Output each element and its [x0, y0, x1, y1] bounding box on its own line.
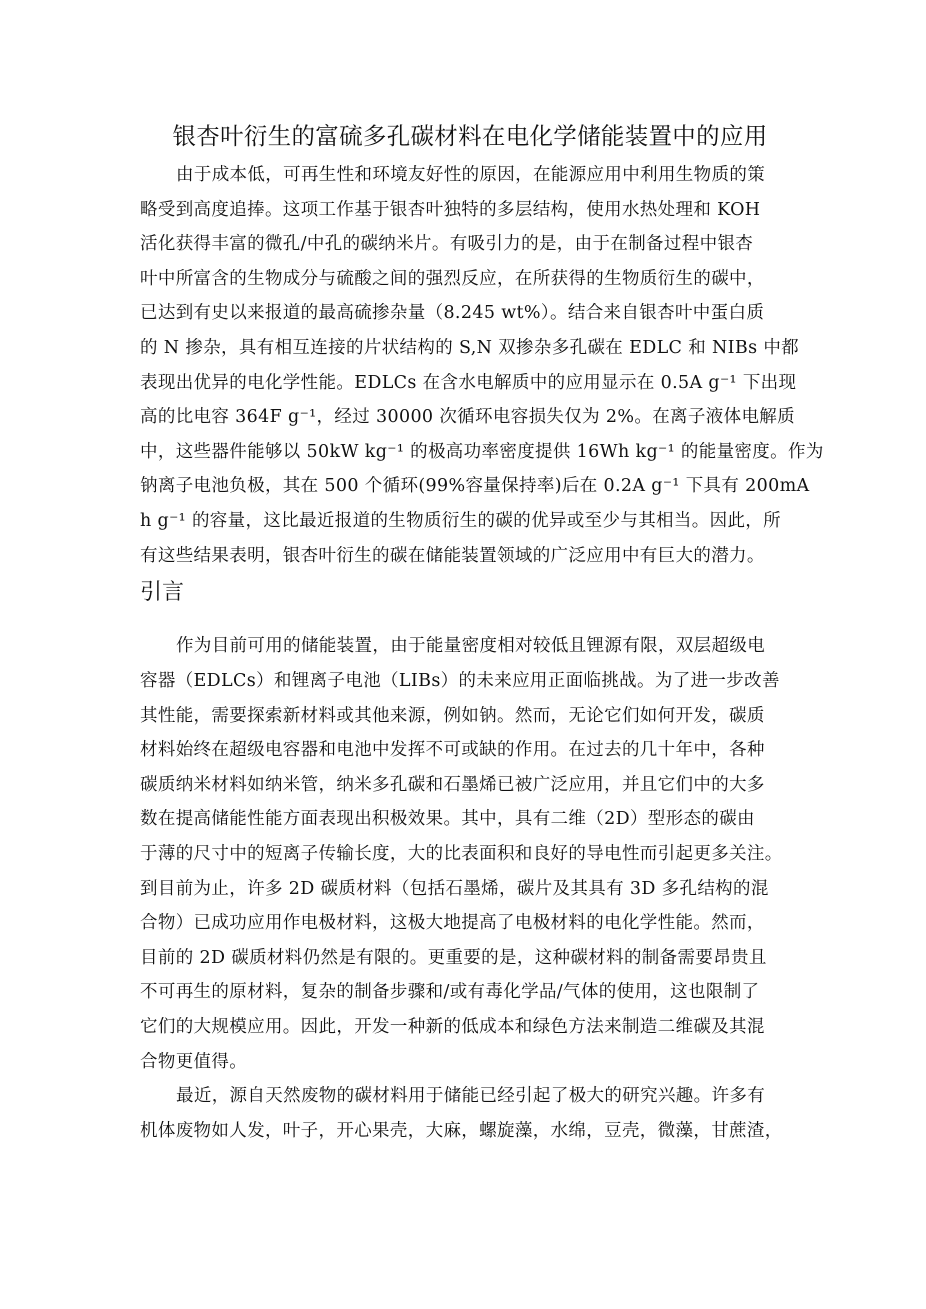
abstract-line: 略受到高度追捧。这项工作基于银杏叶独特的多层结构，使用水热处理和 KOH: [140, 193, 800, 228]
abstract-line: 表现出优异的电化学性能。EDLCs 在含水电解质中的应用显示在 0.5A g⁻¹…: [140, 366, 800, 401]
document-title: 银杏叶衍生的富硫多孔碳材料在电化学储能装置中的应用: [140, 118, 800, 154]
abstract-line: 的 N 掺杂，具有相互连接的片状结构的 S,N 双掺杂多孔碳在 EDLC 和 N…: [140, 331, 800, 366]
intro-line: 最近，源自天然废物的碳材料用于储能已经引起了极大的研究兴趣。许多有: [140, 1079, 800, 1114]
abstract-line: 由于成本低，可再生性和环境友好性的原因，在能源应用中利用生物质的策: [140, 158, 800, 193]
intro-line: 到目前为止，许多 2D 碳质材料（包括石墨烯，碳片及其具有 3D 多孔结构的混: [140, 872, 800, 907]
section-heading-introduction: 引言: [140, 575, 800, 611]
intro-line: 合物）已成功应用作电极材料，这极大地提高了电极材料的电化学性能。然而，: [140, 906, 800, 941]
intro-paragraph-2: 最近，源自天然废物的碳材料用于储能已经引起了极大的研究兴趣。许多有 机体废物如人…: [140, 1079, 800, 1148]
document-page: 银杏叶衍生的富硫多孔碳材料在电化学储能装置中的应用 由于成本低，可再生性和环境友…: [140, 118, 800, 1148]
intro-line: 材料始终在超级电容器和电池中发挥不可或缺的作用。在过去的几十年中，各种: [140, 733, 800, 768]
intro-line: 作为目前可用的储能装置，由于能量密度相对较低且锂源有限，双层超级电: [140, 629, 800, 664]
intro-line: 于薄的尺寸中的短离子传输长度，大的比表面积和良好的导电性而引起更多关注。: [140, 837, 800, 872]
intro-line: 目前的 2D 碳质材料仍然是有限的。更重要的是，这种碳材料的制备需要昂贵且: [140, 941, 800, 976]
intro-line: 它们的大规模应用。因此，开发一种新的低成本和绿色方法来制造二维碳及其混: [140, 1010, 800, 1045]
abstract-line: 钠离子电池负极，其在 500 个循环(99%容量保持率)后在 0.2A g⁻¹ …: [140, 469, 800, 504]
intro-line: 不可再生的原材料，复杂的制备步骤和/或有毒化学品/气体的使用，这也限制了: [140, 975, 800, 1010]
intro-line: 合物更值得。: [140, 1045, 800, 1080]
intro-paragraph-1: 作为目前可用的储能装置，由于能量密度相对较低且锂源有限，双层超级电 容器（EDL…: [140, 629, 800, 1079]
abstract-line: 高的比电容 364F g⁻¹，经过 30000 次循环电容损失仅为 2%。在离子…: [140, 400, 800, 435]
abstract-paragraph: 由于成本低，可再生性和环境友好性的原因，在能源应用中利用生物质的策 略受到高度追…: [140, 158, 800, 573]
intro-line: 数在提高储能性能方面表现出积极效果。其中，具有二维（2D）型形态的碳由: [140, 802, 800, 837]
intro-line: 其性能，需要探索新材料或其他来源，例如钠。然而，无论它们如何开发，碳质: [140, 699, 800, 734]
abstract-line: 叶中所富含的生物成分与硫酸之间的强烈反应，在所获得的生物质衍生的碳中，: [140, 262, 800, 297]
abstract-line: 有这些结果表明，银杏叶衍生的碳在储能装置领域的广泛应用中有巨大的潜力。: [140, 539, 800, 574]
intro-line: 碳质纳米材料如纳米管，纳米多孔碳和石墨烯已被广泛应用，并且它们中的大多: [140, 768, 800, 803]
abstract-line: h g⁻¹ 的容量，这比最近报道的生物质衍生的碳的优异或至少与其相当。因此，所: [140, 504, 800, 539]
abstract-line: 活化获得丰富的微孔/中孔的碳纳米片。有吸引力的是，由于在制备过程中银杏: [140, 227, 800, 262]
abstract-line: 中，这些器件能够以 50kW kg⁻¹ 的极高功率密度提供 16Wh kg⁻¹ …: [140, 435, 800, 470]
abstract-line: 已达到有史以来报道的最高硫掺杂量（8.245 wt%）。结合来自银杏叶中蛋白质: [140, 296, 800, 331]
intro-line: 机体废物如人发，叶子，开心果壳，大麻，螺旋藻，水绵，豆壳，微藻，甘蔗渣，: [140, 1114, 800, 1149]
intro-line: 容器（EDLCs）和锂离子电池（LIBs）的未来应用正面临挑战。为了进一步改善: [140, 664, 800, 699]
